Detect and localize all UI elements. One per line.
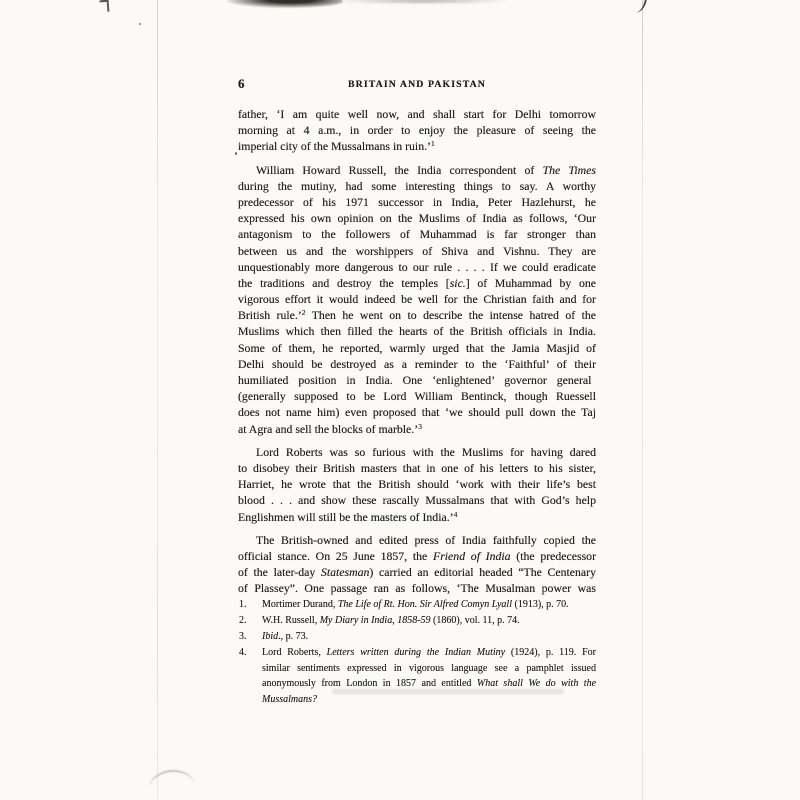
text-segment: (the predecessor [511,549,596,563]
text-line: imperial city of the Mussalmans in ruin.… [238,138,596,154]
text-segment: antagonism to the followers of Muhammad … [238,227,596,241]
text-line: Muslims which then filled the hearts of … [238,323,596,339]
italic-text: Ibid [262,631,278,642]
text-line: anonymously from London in 1857 and enti… [262,676,596,692]
footnote: 2.W.H. Russell, My Diary in India, 1858-… [238,613,596,629]
italic-text: Letters written during the Indian Mutiny [327,647,505,658]
footnote-number: 3. [239,629,247,645]
text-line: similar sentiments expressed in vigorous… [262,661,596,677]
text-line: humiliated position in India. One ‘enlig… [238,372,596,388]
text-segment: to disobey their British masters that in… [238,461,596,475]
text-segment: Lord Roberts, [262,647,327,658]
text-line: Englishmen will still be the masters of … [238,509,596,525]
italic-text: Statesman [321,565,370,579]
italic-text: Friend of India [433,549,511,563]
scan-mark-top-left [100,0,110,12]
text-segment: Then he went on to describe the intense … [306,308,596,322]
scanned-book-page: { "document": { "colors": { "paper": "#f… [0,0,800,800]
text-line: of the later-day Statesman) carried an e… [238,564,596,580]
text-segment: vigorous effort it would indeed be well … [238,292,596,306]
text-segment: W.H. Russell, [262,615,320,626]
paragraph: Lord Roberts was so furious with the Mus… [238,444,596,525]
text-line: father, ‘I am quite well now, and shall … [238,106,596,122]
text-line: unquestionably more dangerous to our rul… [238,259,596,275]
text-segment: similar sentiments expressed in vigorous… [262,663,596,674]
text-line: Lord Roberts, Letters written during the… [262,645,596,661]
text-segment: Mortimer Durand, [262,599,338,610]
text-line: vigorous effort it would indeed be well … [238,291,596,307]
text-segment: at Agra and sell the blocks of marble.’ [238,422,418,436]
text-line: William Howard Russell, the India corres… [238,162,596,178]
footnote-reference: 1 [431,139,435,148]
text-line: at Agra and sell the blocks of marble.’3 [238,421,596,437]
text-segment: (generally supposed to be Lord William B… [238,389,596,403]
text-segment: (1924), p. 119. For [505,647,596,658]
text-segment: of Plassey”. One passage ran as follows,… [238,581,596,595]
text-line: The British-owned and edited press of In… [238,532,596,548]
text-segment: Delhi should be destroyed as a reminder … [238,357,596,371]
text-segment: anonymously from London in 1857 and enti… [262,678,477,689]
text-segment: Muslims which then filled the hearts of … [238,324,596,338]
paper-speck [235,152,237,155]
italic-text: The Life of Rt. Hon. Sir Alfred Comyn Ly… [338,599,512,610]
text-line: Mortimer Durand, The Life of Rt. Hon. Si… [262,597,596,613]
text-segment: expressed his own opinion on the Muslims… [238,211,596,225]
text-line: Ibid., p. 73. [262,629,596,645]
paragraph: The British-owned and edited press of In… [238,532,596,597]
text-segment: ., p. 73. [278,631,308,642]
text-line: official stance. On 25 June 1857, the Fr… [238,548,596,564]
text-line: Harriet, he wrote that the British shoul… [238,476,596,492]
paragraph: William Howard Russell, the India corres… [238,162,596,437]
text-segment: British rule.’ [238,308,302,322]
italic-text: The Times [543,163,596,177]
text-segment: ] of Muhammad by one [466,276,596,290]
text-segment: morning at 4 a.m., in order to enjoy the… [238,123,596,137]
page-edge-line-left [157,0,158,800]
text-segment: humiliated position in India. One ‘enlig… [238,373,591,387]
text-line: British rule.’2 Then he went on to descr… [238,307,596,323]
text-segment: the traditions and destroy the temples [ [238,276,450,290]
text-line: morning at 4 a.m., in order to enjoy the… [238,122,596,138]
paragraph: father, ‘I am quite well now, and shall … [238,106,596,155]
running-title: BRITAIN AND PAKISTAN [238,79,596,90]
footnote-reference: 3 [418,422,422,431]
ink-smudge-top-center [227,0,343,8]
footnote-reference: 4 [454,510,458,519]
text-segment: of the later-day [238,565,321,579]
text-column: father, ‘I am quite well now, and shall … [238,106,596,603]
text-segment: Harriet, he wrote that the British shoul… [238,477,596,491]
pencil-arc-bottom-left [147,768,195,791]
text-line: the traditions and destroy the temples [… [238,275,596,291]
footnote: 3.Ibid., p. 73. [238,629,596,645]
text-segment: blood . . . and show these rascally Muss… [238,493,596,507]
text-segment: William Howard Russell, the India corres… [256,163,543,177]
text-segment: father, ‘I am quite well now, and shall … [238,107,596,121]
text-line: Some of them, he reported, warmly urged … [238,340,596,356]
text-segment: during the mutiny, had some interesting … [238,179,596,193]
text-line: predecessor of his 1971 successor in Ind… [238,194,596,210]
text-line: Delhi should be destroyed as a reminder … [238,356,596,372]
text-segment: The British-owned and edited press of In… [256,533,596,547]
italic-text: Mussalmans? [262,694,317,705]
text-segment: Some of them, he reported, warmly urged … [238,341,596,355]
text-line: during the mutiny, had some interesting … [238,178,596,194]
text-line: (generally supposed to be Lord William B… [238,388,596,404]
page-edge-line-right [642,0,643,800]
footnote-number: 4. [239,645,247,661]
footnote-number: 2. [239,613,247,629]
text-line: to disobey their British masters that in… [238,460,596,476]
text-segment: official stance. On 25 June 1857, the [238,549,433,563]
text-line: antagonism to the followers of Muhammad … [238,226,596,242]
paper-speck [139,23,141,25]
text-segment: does not name him) even proposed that ‘w… [238,405,596,419]
footnote: 4.Lord Roberts, Letters written during t… [238,645,596,709]
italic-text: sic. [450,276,466,290]
text-line: expressed his own opinion on the Muslims… [238,210,596,226]
text-segment: imperial city of the Mussalmans in ruin.… [238,139,431,153]
ink-smear-top [333,0,513,4]
text-segment: Lord Roberts was so furious with the Mus… [256,445,596,459]
text-line: does not name him) even proposed that ‘w… [238,404,596,420]
footnote: 1.Mortimer Durand, The Life of Rt. Hon. … [238,597,596,613]
footnotes-section: 1.Mortimer Durand, The Life of Rt. Hon. … [238,597,596,708]
text-segment: ) carried an editorial headed “The Cente… [369,565,596,579]
page-curl-mark-top-right [632,0,648,14]
text-line: blood . . . and show these rascally Muss… [238,492,596,508]
text-line: between us and the worshippers of Shiva … [238,243,596,259]
text-segment: (1860), vol. 11, p. 74. [431,615,520,626]
text-segment: Englishmen will still be the masters of … [238,510,454,524]
text-segment: (1913), p. 70. [512,599,569,610]
text-segment: predecessor of his 1971 successor in Ind… [238,195,596,209]
text-line: W.H. Russell, My Diary in India, 1858-59… [262,613,596,629]
text-line: Lord Roberts was so furious with the Mus… [238,444,596,460]
italic-text: My Diary in India, 1858-59 [320,615,431,626]
text-line: of Plassey”. One passage ran as follows,… [238,580,596,596]
text-segment: between us and the worshippers of Shiva … [238,244,596,258]
text-segment: unquestionably more dangerous to our rul… [238,260,596,274]
text-line: Mussalmans? [262,692,596,708]
italic-text: What shall We do with the [477,678,596,689]
footnote-number: 1. [239,597,247,613]
